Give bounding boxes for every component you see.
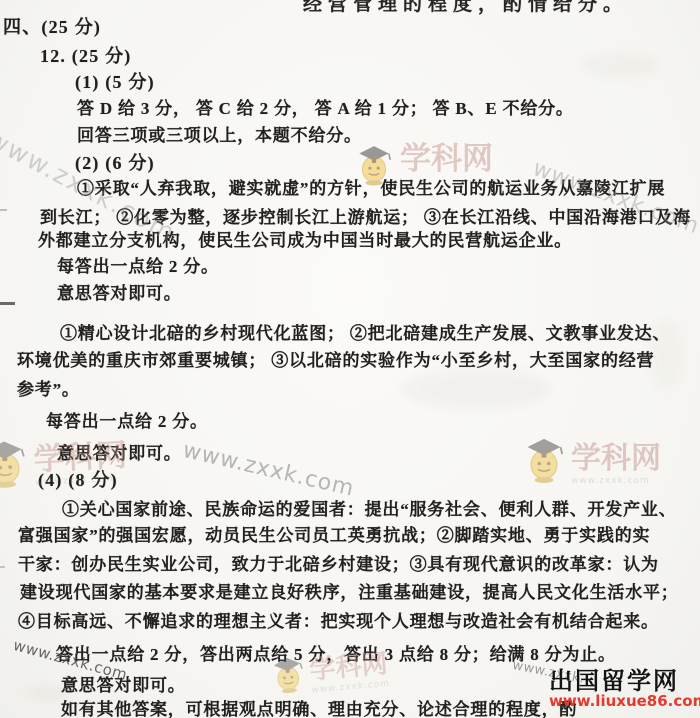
- text-line: 参考”。: [17, 375, 80, 400]
- xueke-brand-text: 学科网: [33, 440, 127, 476]
- text-line: 12. (25 分): [40, 42, 132, 68]
- text-line: (1) (5 分): [75, 68, 155, 94]
- scan-smudge: [648, 320, 684, 390]
- text-line: 外都建立分支机构，使民生公司成为中国当时最大的民营航运企业。: [38, 226, 572, 251]
- scan-artifact-tick: [0, 566, 5, 568]
- text-line: 每答出一点给 2 分。: [46, 407, 208, 432]
- text-line: 答 D 给 3 分， 答 C 给 2 分， 答 A 给 1 分； 答 B、E 不…: [77, 94, 574, 119]
- scan-artifact-dash: [0, 302, 15, 305]
- text-line: 四、(25 分): [3, 13, 101, 39]
- scan-smudge: [580, 52, 660, 78]
- xueke-brand-text: 学科网: [571, 444, 661, 474]
- text-line: 干家：创办民生实业公司，致力于北碚乡村建设；③具有现代意识的改革家：认为: [18, 550, 659, 575]
- watermark-zxxk-middle: www.zxxk.com: [180, 438, 356, 502]
- xueke-brand-text: 学科网: [309, 651, 390, 684]
- text-line: ④目标高远、不懈追求的理想主义者：把实现个人理想与改造社会有机结合起来。: [18, 607, 659, 632]
- text-line: 回答三项或三项以上，本题不给分。: [77, 121, 362, 146]
- text-line: 富强国家”的强国宏愿，动员民生公司员工英勇抗战；②脚踏实地、勇于实践的实: [18, 521, 650, 546]
- liuxue86-url-text: www.liuxue86.com: [549, 694, 700, 709]
- text-line: ①关心国家前途、民族命运的爱国者：提出“服务社会、便利人群、开发产业、: [62, 495, 677, 520]
- trophy-icon: [356, 144, 392, 186]
- xueke-logo-watermark-mid-left: 学科网 www.zxxk.com: [0, 432, 128, 490]
- xueke-brand-text: 学科网: [400, 144, 493, 175]
- text-line: 环境优美的重庆市郊重要城镇； ③以北碚的实验作为“小至乡村，大至国家的经营: [17, 346, 654, 371]
- text-line: 每答出一点给 2 分。: [57, 252, 219, 277]
- liuxue86-name-text: 出国留学网: [549, 669, 700, 693]
- trophy-icon: [524, 436, 564, 484]
- scan-smudge: [26, 686, 70, 700]
- trophy-icon: [0, 438, 27, 490]
- scanned-answer-sheet: 经营管理的程度，酌情给分。 四、(25 分) 12. (25 分) (1) (5…: [0, 0, 700, 718]
- xueke-url-text: www.zxxk.com: [571, 476, 661, 486]
- xueke-logo-watermark-mid-right: 学科网 www.zxxk.com: [524, 436, 661, 486]
- clipped-top-line: 经营管理的程度，酌情给分。: [303, 0, 628, 16]
- liuxue86-logo: 出国留学网 www.liuxue86.com: [549, 669, 700, 709]
- trophy-icon: [270, 654, 305, 695]
- xueke-logo-watermark-top: 学科网: [356, 144, 493, 186]
- text-line: 如有其他答案，可根据观点明确、理由充分、论述合理的程度，酌: [61, 695, 577, 718]
- text-line: (2) (6 分): [75, 149, 155, 175]
- xueke-logo-watermark-bottom: 学科网 www.zxxk.com: [270, 647, 390, 699]
- text-line: ①精心设计北碚的乡村现代化蓝图； ②把北碚建成生产发展、文教事业发达、: [60, 319, 670, 344]
- text-line: 建设现代国家的基本要求是建立良好秩序，注重基础建设，提高人民文化生活水平；: [20, 578, 679, 603]
- scan-artifact-tick: [0, 209, 7, 211]
- scan-smudge: [400, 368, 550, 410]
- text-line: 意思答对即可。: [57, 279, 182, 304]
